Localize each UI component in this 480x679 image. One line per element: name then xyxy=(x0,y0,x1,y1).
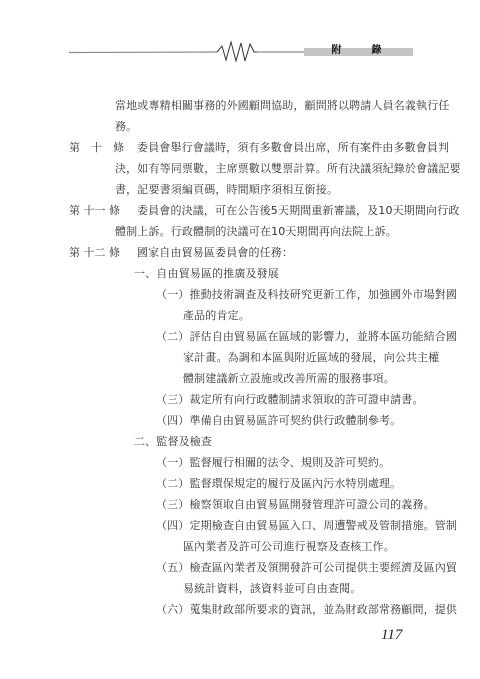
article-10-label: 第 十 條 xyxy=(69,141,124,155)
list-item: （一）推動技術調查及科技研究更新工作，加強國外市場對國 xyxy=(156,288,457,302)
article-11-text: 委員會的決議，可在公告後5天期間重新審議，及10天期間向行政 xyxy=(137,204,460,218)
article-12-text: 國家自由貿易區委員會的任務： xyxy=(137,246,293,260)
section-heading: 二、監督及檢查 xyxy=(134,435,212,449)
paragraph-line: 決，如有等同票數，主席票數以雙票計算。所有決議須紀錄於會議記要 xyxy=(115,162,461,176)
list-item: （一）監督履行相關的法令、規則及許可契約。 xyxy=(156,456,390,470)
list-item: （二）評估自由貿易區在區域的影響力，並將本區功能結合國 xyxy=(156,330,457,344)
article-11-label: 第 十一 條 xyxy=(69,204,120,218)
list-item: （二）監督環保規定的履行及區內污水特別處理。 xyxy=(156,477,401,491)
running-header: 附 錄 xyxy=(0,0,480,70)
section-heading: 一、自由貿易區的推廣及發展 xyxy=(134,267,279,281)
article-10-text: 委員會舉行會議時，須有多數會員出席，所有案件由多數會員判 xyxy=(137,141,449,155)
list-item-continuation: 易統計資料，該資料並可自由查閱。 xyxy=(183,582,361,596)
list-item: （三）裁定所有向行政體制請求領取的許可證申請書。 xyxy=(156,393,424,407)
header-rule-with-zigzag-icon xyxy=(0,0,480,70)
paragraph-line: 書，記要書須編頁碼，時間順序須相互銜接。 xyxy=(115,183,338,197)
list-item-continuation: 家計畫。為調和本區與附近區域的發展，向公共主權 xyxy=(183,351,439,365)
list-item-continuation: 體制建議新立設施或改善所需的服務事項。 xyxy=(183,372,395,386)
page-number: 117 xyxy=(381,627,402,644)
list-item: （四）準備自由貿易區許可契約供行政體制參考。 xyxy=(156,414,401,428)
paragraph-line: 務。 xyxy=(115,120,137,134)
section-label: 附 錄 xyxy=(304,46,413,56)
list-item: （五）檢查區內業者及領開發許可公司提供主要經濟及區內貿 xyxy=(156,561,457,575)
list-item: （六）蒐集財政部所要求的資訊，並為財政部常務顧問，提供 xyxy=(156,603,457,617)
article-12-label: 第 十二 條 xyxy=(69,246,120,260)
paragraph-line: 體制上訴。行政體制的決議可在10天期間再向法院上訴。 xyxy=(115,225,397,239)
list-item-continuation: 產品的肯定。 xyxy=(183,309,250,323)
list-item: （四）定期檢查自由貿易區入口、周遭警戒及管制措施。管制 xyxy=(156,519,457,533)
paragraph-line: 當地或專精相關事務的外國顧問協助，顧問將以聘請人員名義執行任 xyxy=(115,99,450,113)
list-item-continuation: 區內業者及許可公司進行視察及查核工作。 xyxy=(183,540,395,554)
list-item: （三）檢察領取自由貿易區開發管理許可證公司的義務。 xyxy=(156,498,435,512)
